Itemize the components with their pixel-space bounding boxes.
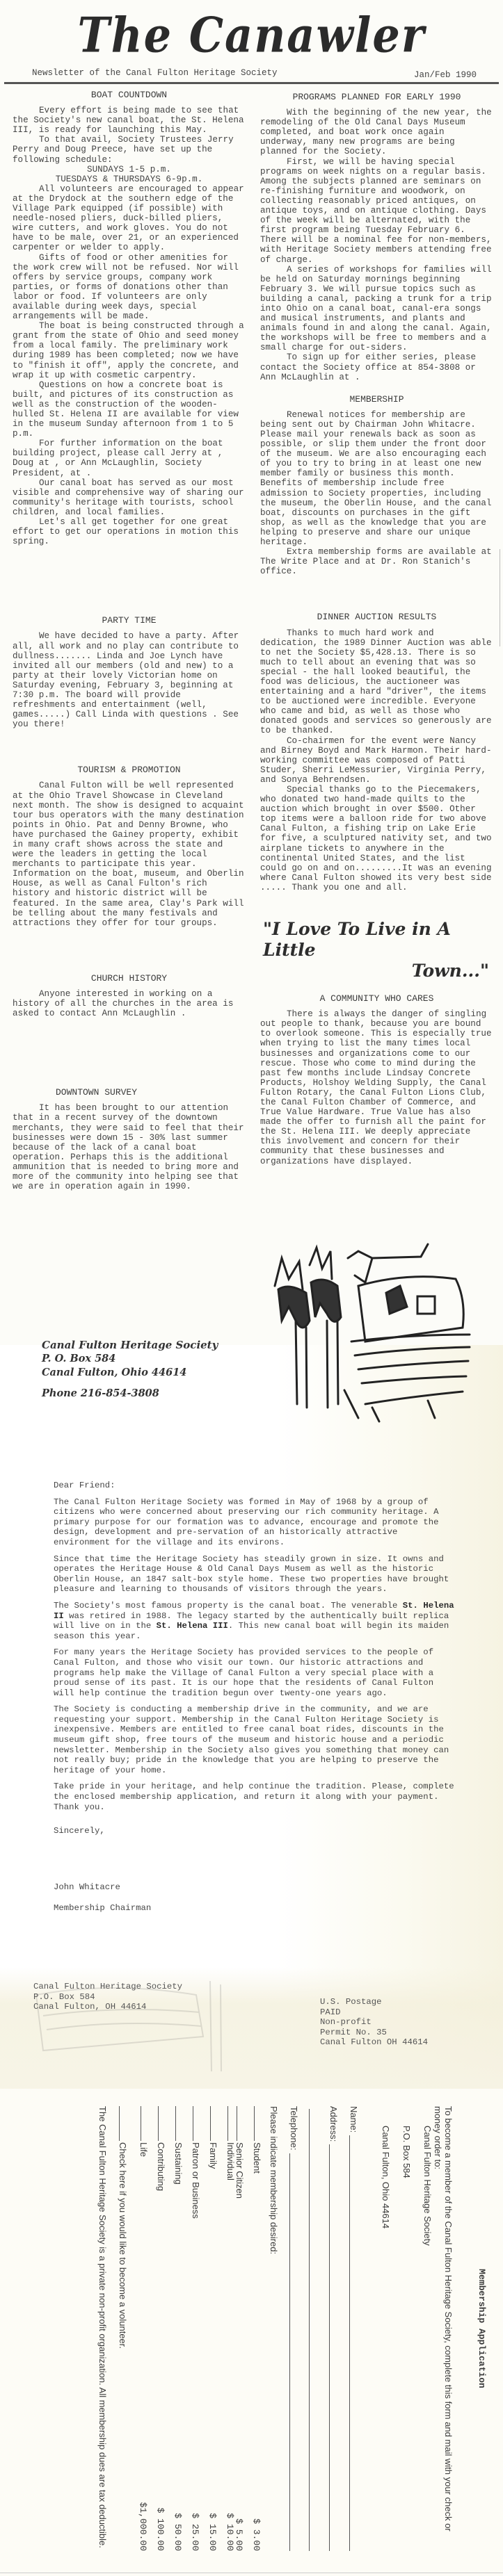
name-input-line[interactable] <box>349 2135 359 2551</box>
article-membership: MEMBERSHIP Renewal notices for membershi… <box>260 395 493 577</box>
tier-patron-business[interactable]: Patron or Business$ 25.00 <box>190 2106 202 2551</box>
tier-checkbox[interactable] <box>254 2106 263 2141</box>
article-paragraph: The boat is being constructed through a … <box>13 321 246 380</box>
schedule-line: TUESDAYS & THURSDAYS 6-9p.m. <box>13 174 246 184</box>
tier-checkbox[interactable] <box>227 2106 237 2141</box>
membership-prompt: Please indicate membership desired: <box>269 2106 279 2551</box>
column-rule <box>500 549 500 646</box>
field-label: Name: <box>349 2106 359 2133</box>
article-paragraph: There is always the danger of singling o… <box>260 1009 493 1166</box>
form-column-1: Membership Application To become a membe… <box>257 2106 487 2551</box>
article-heading: TOURISM & PROMOTION <box>13 765 246 775</box>
signer-title: Membership Chairman <box>54 1903 457 1914</box>
left-column: BOAT COUNTDOWN Every effort is being mad… <box>13 90 246 1191</box>
return-address: Canal Fulton Heritage Society P.O. Box 5… <box>33 1982 182 2012</box>
tier-name: Sustaining <box>173 2142 184 2495</box>
schedule-line: SUNDAYS 1-5 p.m. <box>13 165 246 174</box>
name-field[interactable]: Name: <box>349 2106 359 2551</box>
newsletter-title: The Canawler <box>0 7 503 64</box>
masthead-divider <box>4 82 499 84</box>
form-column-2: Individual$ 10.00 Family$ 15.00 Patron o… <box>7 2106 237 2551</box>
article-heading: DOWNTOWN SURVEY <box>13 1088 246 1098</box>
address-field[interactable]: Address: <box>328 2106 339 2551</box>
tier-amount: $ 15.00 <box>207 2495 218 2551</box>
postage-indicia: U.S. Postage PAID Non-profit Permit No. … <box>320 1997 428 2048</box>
article-paragraph: Special thanks go to the Piecemakers, wh… <box>260 785 493 892</box>
article-heading: BOAT COUNTDOWN <box>13 90 246 100</box>
article-paragraph: With the beginning of the new year, the … <box>260 108 493 156</box>
tier-checkbox[interactable] <box>210 2106 219 2141</box>
field-label: Telephone: <box>289 2106 299 2151</box>
article-heading: MEMBERSHIP <box>260 395 493 405</box>
article-dinner-auction: DINNER AUCTION RESULTS Thanks to much ha… <box>260 612 493 892</box>
telephone-field[interactable]: Telephone: <box>289 2106 299 2551</box>
tier-name: Student <box>252 2142 262 2495</box>
mule-drawn-canal-boat-illustration <box>268 1230 477 1432</box>
masthead: The Canawler Newsletter of the Canal Ful… <box>0 0 503 86</box>
letterhead-city: Canal Fulton, Ohio 44614 <box>42 1366 218 1380</box>
mailing-address-line: Canal Fulton, Ohio 44614 <box>381 2106 391 2551</box>
article-paragraph: Every effort is being made to see that t… <box>13 106 246 135</box>
tier-checkbox[interactable] <box>237 2106 246 2141</box>
address-input-line-2[interactable] <box>309 2109 319 2551</box>
article-heading: PROGRAMS PLANNED FOR EARLY 1990 <box>260 92 493 102</box>
volunteer-option[interactable]: Check here if you would like to become a… <box>118 2106 128 2551</box>
signer-name: John Whitacre <box>54 1882 457 1893</box>
article-paragraph: Extra membership forms are available at … <box>260 547 493 576</box>
tier-checkbox[interactable] <box>175 2106 184 2141</box>
form-intro: To become a member of the Canal Fulton H… <box>370 2106 464 2551</box>
letter-paragraph: For many years the Heritage Society has … <box>54 1647 457 1698</box>
membership-application: Membership Application To become a membe… <box>28 2106 480 2551</box>
membership-form-page: Membership Application To become a membe… <box>0 2089 503 2576</box>
article-paragraph: Anyone interested in working on a histor… <box>13 989 246 1018</box>
article-paragraph: Canal Fulton will be well represented at… <box>13 781 246 927</box>
tier-amount: $ 10.00 <box>225 2495 235 2551</box>
tier-name: Individual <box>225 2142 236 2495</box>
article-paragraph: Questions on how a concrete boat is buil… <box>13 380 246 439</box>
letter-signature: John Whitacre Membership Chairman <box>54 1873 457 1923</box>
letter-body: Dear Friend: The Canal Fulton Heritage S… <box>54 1481 457 1923</box>
article-paragraph: It has been brought to our attention tha… <box>13 1103 246 1191</box>
tier-life[interactable]: Life$1,000.00 <box>138 2106 150 2551</box>
letterhead: Canal Fulton Heritage Society P. O. Box … <box>42 1338 218 1401</box>
article-heading: PARTY TIME <box>13 616 246 626</box>
issue-date: Jan/Feb 1990 <box>414 70 477 80</box>
article-paragraph: Renewal notices for membership are being… <box>260 410 493 547</box>
article-paragraph: A series of workshops for families will … <box>260 265 493 353</box>
volunteer-checkbox[interactable] <box>119 2106 128 2141</box>
article-paragraph: Our canal boat has served as our most vi… <box>13 478 246 517</box>
tier-name: Family <box>208 2142 218 2495</box>
letter-paragraph: The Canal Fulton Heritage Society was fo… <box>54 1497 457 1548</box>
article-downtown-survey: DOWNTOWN SURVEY It has been brought to o… <box>13 1088 246 1191</box>
article-paragraph: All volunteers are encouraged to appear … <box>13 184 246 253</box>
article-church-history: CHURCH HISTORY Anyone interested in work… <box>13 974 246 1018</box>
form-instructions: To become a member of the Canal Fulton H… <box>433 2106 454 2532</box>
article-programs-planned: PROGRAMS PLANNED FOR EARLY 1990 With the… <box>260 92 493 382</box>
letterhead-phone: Phone 216-854-3808 <box>42 1387 218 1401</box>
article-paragraph: Co-chairmen for the event were Nancy and… <box>260 736 493 785</box>
newsletter-subtitle: Newsletter of the Canal Fulton Heritage … <box>32 68 278 78</box>
tier-contributing[interactable]: Contributing$ 100.00 <box>155 2106 167 2551</box>
article-paragraph: First, we will be having special program… <box>260 157 493 265</box>
article-paragraph: We have decided to have a party. After a… <box>13 631 246 729</box>
tier-sustaining[interactable]: Sustaining$ 50.00 <box>173 2106 184 2551</box>
tier-individual[interactable]: Individual$ 10.00 <box>225 2106 237 2551</box>
tier-checkbox[interactable] <box>193 2106 202 2141</box>
quote-line: "I Love To Live in A Little <box>263 919 451 960</box>
tier-amount: $ 3.00 <box>251 2495 262 2551</box>
article-tourism-promotion: TOURISM & PROMOTION Canal Fulton will be… <box>13 765 246 928</box>
newsletter-page: The Canawler Newsletter of the Canal Ful… <box>0 0 503 1345</box>
letter-salutation: Dear Friend: <box>54 1481 457 1491</box>
article-community-who-cares: A COMMUNITY WHO CARES There is always th… <box>260 994 493 1166</box>
tier-name: Contributing <box>156 2142 166 2495</box>
article-heading: DINNER AUCTION RESULTS <box>260 612 493 622</box>
tier-amount: $ 25.00 <box>190 2495 200 2551</box>
tier-amount: $1,000.00 <box>138 2495 148 2551</box>
tier-checkbox[interactable] <box>158 2106 167 2141</box>
letterhead-box: P. O. Box 584 <box>42 1352 218 1366</box>
tier-family[interactable]: Family$ 15.00 <box>207 2106 219 2551</box>
field-label: Address: <box>328 2106 339 2142</box>
page-edge <box>0 2573 503 2573</box>
letter-paragraph: Since that time the Heritage Society has… <box>54 1554 457 1595</box>
article-paragraph: Gifts of food or other amenities for the… <box>13 253 246 322</box>
article-paragraph: To that avail, Society Trustees Jerry Pe… <box>13 135 246 164</box>
letterhead-org: Canal Fulton Heritage Society <box>42 1338 218 1352</box>
address-input-line[interactable] <box>329 2144 339 2551</box>
article-paragraph: For further information on the boat buil… <box>13 439 246 478</box>
article-heading: A COMMUNITY WHO CARES <box>260 994 493 1004</box>
letter-paragraph: Take pride in your heritage, and help co… <box>54 1782 457 1812</box>
tax-deductible-note: The Canal Fulton Heritage Society is a p… <box>97 2106 108 2551</box>
article-party-time: PARTY TIME We have decided to have a par… <box>13 616 246 729</box>
article-boat-countdown: BOAT COUNTDOWN Every effort is being mad… <box>13 90 246 546</box>
letter-paragraph: The Society is conducting a membership d… <box>54 1704 457 1775</box>
tier-student[interactable]: Student$ 3.00 <box>251 2106 263 2551</box>
article-paragraph: Let's all get together for one great eff… <box>13 517 246 546</box>
address-field-2[interactable] <box>309 2106 319 2551</box>
tier-name: Patron or Business <box>191 2142 201 2495</box>
boat-name: St. Helena III <box>157 1621 228 1631</box>
text-run: The Society's most famous property is th… <box>54 1601 403 1611</box>
tier-checkbox[interactable] <box>141 2106 150 2141</box>
mailing-address-line: P.O. Box 584 <box>401 2106 412 2551</box>
quote-line: Town..." <box>263 961 493 981</box>
mailing-address-line: Canal Fulton Heritage Society <box>422 2106 433 2551</box>
form-title: Membership Application <box>477 2106 487 2551</box>
tier-amount: $ 50.00 <box>173 2495 183 2551</box>
letter-closing: Sincerely, <box>54 1826 457 1836</box>
article-heading: CHURCH HISTORY <box>13 974 246 984</box>
article-paragraph: To sign up for either series, please con… <box>260 352 493 382</box>
telephone-input-line[interactable] <box>289 2153 299 2551</box>
tier-name: Life <box>138 2142 149 2495</box>
handwritten-quote: "I Love To Live in A Little Town..." <box>263 919 493 981</box>
right-column: PROGRAMS PLANNED FOR EARLY 1990 With the… <box>260 92 493 1166</box>
volunteer-label: Check here if you would like to become a… <box>118 2142 128 2349</box>
tier-amount: $ 100.00 <box>155 2495 166 2551</box>
letter-paragraph: The Society's most famous property is th… <box>54 1601 457 1641</box>
article-paragraph: Thanks to much hard work and dedication,… <box>260 628 493 736</box>
